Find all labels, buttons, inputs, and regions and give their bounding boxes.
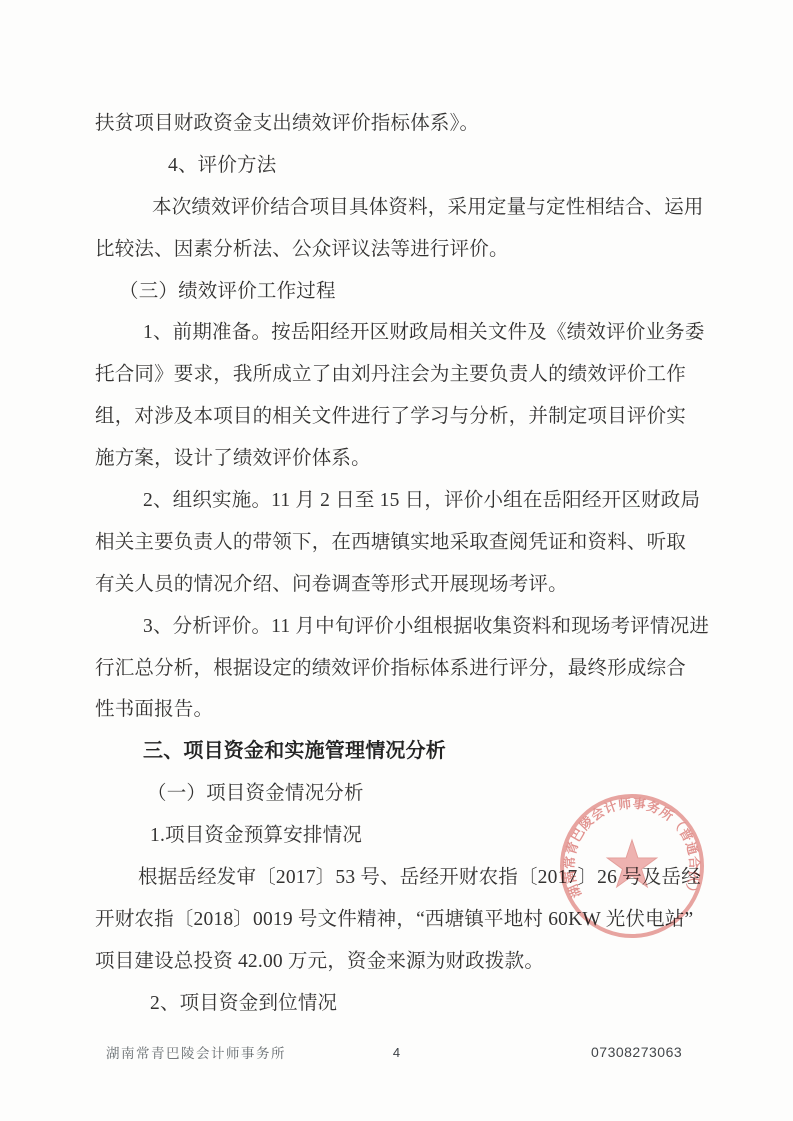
doc-line: 1.项目资金预算安排情况 xyxy=(95,815,709,857)
doc-line: 开财农指〔2018〕0019 号文件精神，“西塘镇平地村 60KW 光伏电站” xyxy=(95,899,709,941)
doc-line: 2、组织实施。11 月 2 日至 15 日，评价小组在岳阳经开区财政局 xyxy=(95,480,709,522)
doc-line: 托合同》要求，我所成立了由刘丹注会为主要负责人的绩效评价工作 xyxy=(95,354,709,396)
doc-line: 施方案，设计了绩效评价体系。 xyxy=(95,438,709,480)
doc-line: 4、评价方法 xyxy=(95,145,709,187)
doc-line: （三）绩效评价工作过程 xyxy=(95,271,709,313)
doc-line: 2、项目资金到位情况 xyxy=(95,983,709,1025)
doc-line: 扶贫项目财政资金支出绩效评价指标体系》。 xyxy=(95,103,709,145)
doc-line: 有关人员的情况介绍、问卷调查等形式开展现场考评。 xyxy=(95,564,709,606)
doc-line: 性书面报告。 xyxy=(95,689,709,731)
doc-line: 1、前期准备。按岳阳经开区财政局相关文件及《绩效评价业务委 xyxy=(95,312,709,354)
document-body: 扶贫项目财政资金支出绩效评价指标体系》。 4、评价方法 本次绩效评价结合项目具体… xyxy=(95,103,709,1025)
scanned-document-page: 扶贫项目财政资金支出绩效评价指标体系》。 4、评价方法 本次绩效评价结合项目具体… xyxy=(0,0,793,1121)
doc-line: 比较法、因素分析法、公众评议法等进行评价。 xyxy=(95,229,709,271)
doc-line: 项目建设总投资 42.00 万元，资金来源为财政拨款。 xyxy=(95,941,709,983)
doc-line: 根据岳经发审〔2017〕53 号、岳经开财农指〔2017〕26 号及岳经 xyxy=(95,857,709,899)
doc-line: 本次绩效评价结合项目具体资料，采用定量与定性相结合、运用 xyxy=(95,187,709,229)
doc-line: （一）项目资金情况分析 xyxy=(95,773,709,815)
doc-line: 组，对涉及本项目的相关文件进行了学习与分析，并制定项目评价实 xyxy=(95,396,709,438)
footer-phone-number: 07308273063 xyxy=(591,1044,682,1060)
doc-line: 3、分析评价。11 月中旬评价小组根据收集资料和现场考评情况进 xyxy=(95,606,709,648)
doc-line: 行汇总分析，根据设定的绩效评价指标体系进行评分，最终形成综合 xyxy=(95,648,709,690)
doc-line: 相关主要负责人的带领下，在西塘镇实地采取查阅凭证和资料、听取 xyxy=(95,522,709,564)
section-heading: 三、项目资金和实施管理情况分析 xyxy=(95,731,709,773)
